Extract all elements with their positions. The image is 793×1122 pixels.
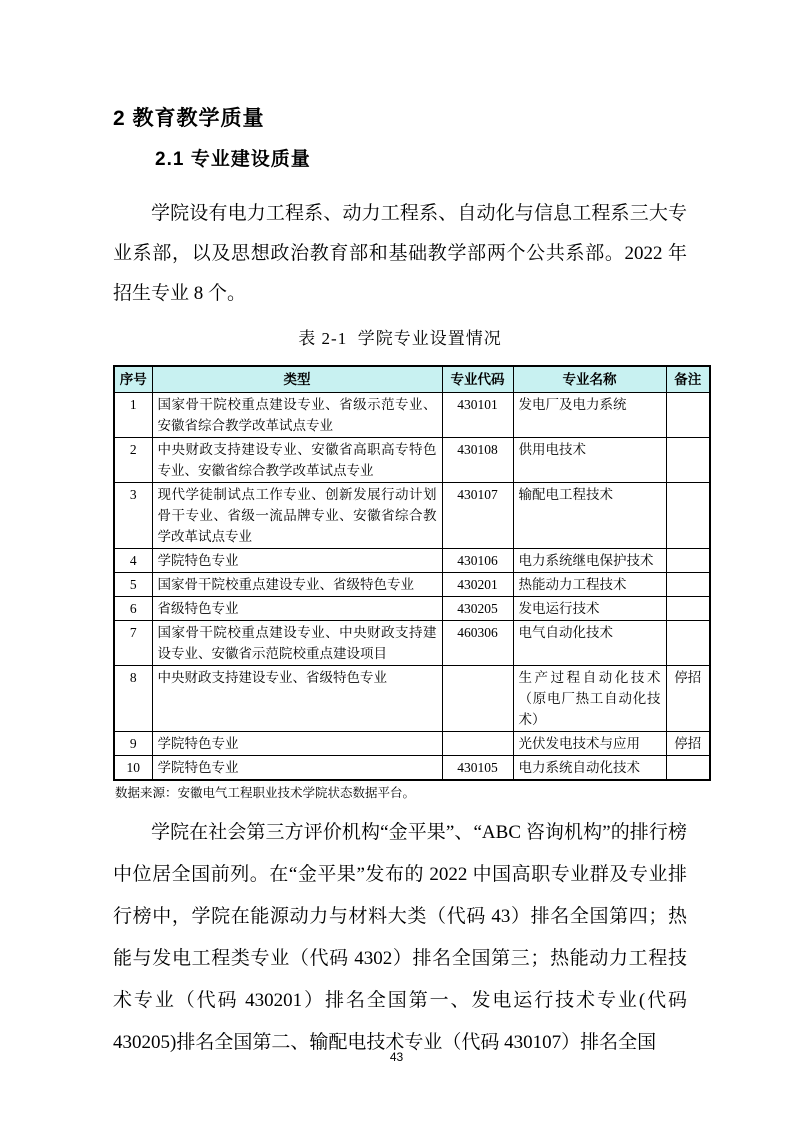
cell-type: 国家骨干院校重点建设专业、省级示范专业、安徽省综合教学改革试点专业 [152,392,442,437]
cell-code: 430105 [442,755,513,780]
column-header-no: 序号 [114,366,152,392]
table-row: 6省级特色专业430205发电运行技术 [114,596,710,620]
cell-name: 电力系统继电保护技术 [513,548,666,572]
table-row: 10学院特色专业430105电力系统自动化技术 [114,755,710,780]
cell-code [442,731,513,755]
cell-no: 7 [114,620,152,665]
cell-remark [666,482,710,548]
majors-table-head: 序号类型专业代码专业名称备注 [114,366,710,392]
cell-remark [666,572,710,596]
table-caption: 表 2-1 学院专业设置情况 [113,324,687,349]
table-row: 3现代学徒制试点工作专业、创新发展行动计划骨干专业、省级一流品牌专业、安徽省综合… [114,482,710,548]
cell-type: 学院特色专业 [152,731,442,755]
cell-name: 输配电工程技术 [513,482,666,548]
cell-no: 1 [114,392,152,437]
cell-type: 国家骨干院校重点建设专业、省级特色专业 [152,572,442,596]
cell-type: 中央财政支持建设专业、安徽省高职高专特色专业、安徽省综合教学改革试点专业 [152,437,442,482]
document-page: 2 教育教学质量 2.1 专业建设质量 学院设有电力工程系、动力工程系、自动化与… [0,0,793,1122]
cell-code: 430101 [442,392,513,437]
cell-type: 现代学徒制试点工作专业、创新发展行动计划骨干专业、省级一流品牌专业、安徽省综合教… [152,482,442,548]
data-source-note: 数据来源：安徽电气工程职业技术学院状态数据平台。 [115,784,711,802]
cell-code: 430201 [442,572,513,596]
table-row: 5国家骨干院校重点建设专业、省级特色专业430201热能动力工程技术 [114,572,710,596]
column-header-remark: 备注 [666,366,710,392]
table-row: 2中央财政支持建设专业、安徽省高职高专特色专业、安徽省综合教学改革试点专业430… [114,437,710,482]
cell-no: 5 [114,572,152,596]
cell-name: 热能动力工程技术 [513,572,666,596]
table-row: 9学院特色专业光伏发电技术与应用停招 [114,731,710,755]
cell-no: 6 [114,596,152,620]
column-header-name: 专业名称 [513,366,666,392]
cell-name: 电力系统自动化技术 [513,755,666,780]
cell-no: 3 [114,482,152,548]
cell-remark [666,548,710,572]
cell-code: 430106 [442,548,513,572]
cell-name: 光伏发电技术与应用 [513,731,666,755]
cell-code: 430205 [442,596,513,620]
cell-code: 430108 [442,437,513,482]
majors-table: 序号类型专业代码专业名称备注 1国家骨干院校重点建设专业、省级示范专业、安徽省综… [113,365,711,781]
header-row: 序号类型专业代码专业名称备注 [114,366,710,392]
cell-no: 4 [114,548,152,572]
cell-code: 430107 [442,482,513,548]
table-row: 8中央财政支持建设专业、省级特色专业生产过程自动化技术（原电厂热工自动化技术）停… [114,665,710,731]
cell-name: 供用电技术 [513,437,666,482]
cell-remark [666,596,710,620]
page-number: 43 [0,1050,793,1064]
cell-code: 460306 [442,620,513,665]
section-heading: 2 教育教学质量 [113,106,708,132]
cell-type: 省级特色专业 [152,596,442,620]
cell-no: 10 [114,755,152,780]
cell-remark [666,620,710,665]
cell-no: 8 [114,665,152,731]
ranking-paragraph: 学院在社会第三方评价机构“金平果”、“ABC 咨询机构”的排行榜中位居全国前列。… [113,812,687,1064]
cell-remark: 停招 [666,665,710,731]
intro-paragraph: 学院设有电力工程系、动力工程系、自动化与信息工程系三大专业系部，以及思想政治教育… [113,194,687,314]
cell-no: 9 [114,731,152,755]
column-header-type: 类型 [152,366,442,392]
cell-remark: 停招 [666,731,710,755]
cell-name: 生产过程自动化技术（原电厂热工自动化技术） [513,665,666,731]
cell-remark [666,437,710,482]
cell-type: 学院特色专业 [152,548,442,572]
majors-table-body: 1国家骨干院校重点建设专业、省级示范专业、安徽省综合教学改革试点专业430101… [114,392,710,780]
cell-type: 中央财政支持建设专业、省级特色专业 [152,665,442,731]
cell-name: 发电运行技术 [513,596,666,620]
column-header-code: 专业代码 [442,366,513,392]
table-row: 1国家骨干院校重点建设专业、省级示范专业、安徽省综合教学改革试点专业430101… [114,392,710,437]
cell-remark [666,755,710,780]
cell-name: 发电厂及电力系统 [513,392,666,437]
cell-no: 2 [114,437,152,482]
cell-type: 国家骨干院校重点建设专业、中央财政支持建设专业、安徽省示范院校重点建设项目 [152,620,442,665]
table-row: 7国家骨干院校重点建设专业、中央财政支持建设专业、安徽省示范院校重点建设项目46… [114,620,710,665]
subsection-heading: 2.1 专业建设质量 [113,148,708,172]
cell-name: 电气自动化技术 [513,620,666,665]
cell-remark [666,392,710,437]
cell-type: 学院特色专业 [152,755,442,780]
table-row: 4学院特色专业430106电力系统继电保护技术 [114,548,710,572]
cell-code [442,665,513,731]
